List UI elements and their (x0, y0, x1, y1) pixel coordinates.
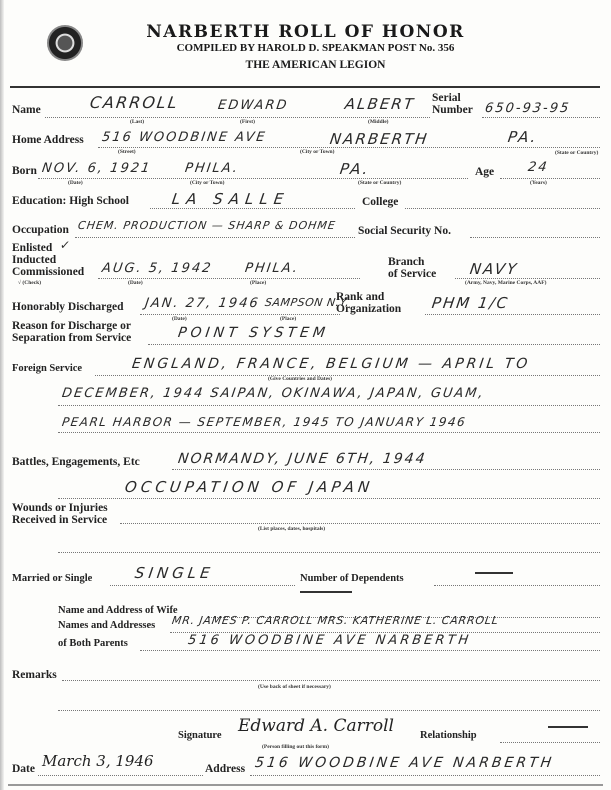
page-edge (0, 0, 4, 790)
discharge-line (140, 314, 340, 315)
foreign-service-value-1[interactable]: England, France, Belgium — April to (131, 356, 531, 372)
social-security-line (470, 237, 600, 238)
battles-line-1 (172, 469, 600, 470)
commissioned-label: Commissioned (12, 266, 84, 278)
high-school-value[interactable]: La Salle (171, 190, 291, 208)
foreign-service-line-1 (95, 375, 600, 376)
caption-use-back: (Use back of sheet if necessary) (258, 684, 331, 690)
reason-label: Reason for Discharge orSeparation from S… (12, 320, 131, 344)
age-value[interactable]: 24 (527, 160, 550, 175)
service-place-value[interactable]: Phila. (244, 261, 300, 276)
wounds-line-1 (120, 523, 600, 524)
serial-number-line (482, 117, 600, 118)
street-value[interactable]: 516 Woodbine Ave (101, 130, 268, 145)
parents-label-1: Names and Addresses (58, 620, 155, 631)
caption-state: (State or Country) (555, 150, 598, 156)
date-line (38, 775, 203, 776)
address-value[interactable]: 516 Woodbine Ave Narberth (254, 755, 555, 771)
foreign-service-line-2 (58, 405, 600, 406)
battles-value-1[interactable]: Normandy, June 6th, 1944 (177, 451, 428, 467)
date-value[interactable]: March 3, 1946 (42, 752, 154, 770)
enlisted-label: Enlisted (12, 242, 52, 254)
born-state-value[interactable]: Pa. (339, 160, 371, 178)
branch-value[interactable]: Navy (469, 260, 520, 278)
caption-service-date: (Date) (128, 280, 143, 286)
college-label: College (362, 196, 398, 208)
state-value[interactable]: Pa. (507, 128, 539, 146)
caption-discharge-place: (Place) (280, 316, 296, 322)
service-date-value[interactable]: Aug. 5, 1942 (101, 261, 213, 276)
foreign-service-line-3 (58, 432, 600, 433)
wife-label: Name and Address of Wife (58, 605, 178, 616)
caption-list-places: (List places, dates, hospitals) (258, 526, 325, 532)
married-value[interactable]: Single (134, 564, 215, 582)
wife-dash (300, 591, 352, 593)
address-label: Address (205, 763, 245, 775)
reason-value[interactable]: Point System (177, 325, 330, 341)
age-label: Age (475, 166, 494, 178)
signature-label: Signature (178, 730, 222, 741)
home-address-label: Home Address (12, 134, 84, 146)
name-label: Name (12, 104, 41, 116)
high-school-line (150, 208, 355, 209)
born-date-value[interactable]: Nov. 6, 1921 (41, 161, 152, 176)
wounds-line-2 (58, 552, 600, 553)
battles-line-2 (58, 498, 600, 499)
born-line (38, 178, 468, 179)
married-label: Married or Single (12, 573, 92, 584)
middle-name-value[interactable]: Albert (344, 95, 417, 113)
serial-number-value[interactable]: 650-93-95 (484, 101, 571, 116)
battles-label: Battles, Engagements, Etc (12, 456, 140, 468)
caption-born-state: (State or Country) (358, 180, 401, 186)
caption-give-countries: (Give Countries and Dates) (268, 376, 332, 382)
parents-label-2: of Both Parents (58, 638, 128, 649)
discharge-date-value[interactable]: Jan. 27, 1946 (144, 296, 261, 311)
remarks-label: Remarks (12, 669, 57, 681)
foreign-service-value-2[interactable]: December, 1944 Saipan, Okinawa, Japan, G… (61, 386, 486, 401)
service-entry-line (98, 278, 360, 279)
education-label: Education: High School (12, 195, 129, 207)
caption-person-filling: (Person filling out this form) (262, 744, 329, 750)
caption-first: (First) (240, 119, 255, 125)
foreign-service-value-3[interactable]: Pearl Harbor — September, 1945 to Januar… (61, 415, 467, 429)
married-line (110, 585, 295, 586)
age-line (500, 178, 600, 179)
relationship-value[interactable] (548, 726, 588, 728)
college-line (405, 208, 600, 209)
last-name-value[interactable]: Carroll (89, 93, 180, 112)
caption-city: (City or Town) (300, 149, 334, 155)
social-security-label: Social Security No. (358, 225, 451, 237)
signature-value[interactable]: Edward A. Carroll (238, 716, 394, 736)
compiled-by: COMPILED BY HAROLD D. SPEAKMAN POST No. … (0, 42, 611, 54)
caption-years: (Years) (530, 180, 547, 186)
inducted-label: Inducted (12, 254, 56, 266)
caption-discharge-date: (Date) (172, 316, 187, 322)
bottom-edge (8, 784, 603, 786)
parents-names-value[interactable]: Mr. James P. Carroll Mrs. Katherine L. C… (171, 614, 500, 627)
serial-number-label: SerialNumber (432, 92, 473, 116)
date-label: Date (12, 763, 35, 775)
caption-check: √ (Check) (18, 280, 41, 286)
caption-last: (Last) (130, 119, 144, 125)
battles-value-2[interactable]: Occupation of Japan (124, 478, 375, 496)
relationship-label: Relationship (420, 730, 477, 741)
parents-address-value[interactable]: 516 Woodbine Ave Narberth (187, 633, 472, 648)
rank-label: Rank andOrganization (336, 291, 401, 315)
remarks-line-1 (62, 680, 600, 681)
organization-name: THE AMERICAN LEGION (0, 59, 611, 71)
dependents-value[interactable] (475, 572, 513, 574)
form-title: NARBERTH ROLL OF HONOR (0, 22, 611, 42)
rank-value[interactable]: PhM 1/c (431, 294, 511, 312)
parents-line-2 (140, 650, 600, 651)
city-value[interactable]: Narberth (329, 130, 430, 148)
name-line (45, 117, 430, 118)
header-rule (10, 86, 600, 88)
caption-branch-options: (Army, Navy, Marine Corps, AAF) (465, 280, 546, 286)
foreign-service-label: Foreign Service (12, 363, 82, 374)
dependents-line (434, 585, 600, 586)
reason-line (148, 344, 600, 345)
first-name-value[interactable]: Edward (217, 98, 289, 113)
born-city-value[interactable]: Phila. (184, 161, 240, 176)
wounds-label: Wounds or InjuriesReceived in Service (12, 502, 108, 526)
branch-line (455, 278, 600, 279)
dependents-label: Number of Dependents (300, 573, 404, 584)
honorably-discharged-label: Honorably Discharged (12, 301, 124, 313)
rank-line (425, 314, 600, 315)
occupation-label: Occupation (12, 224, 69, 236)
enlisted-check[interactable]: ✓ (59, 238, 73, 252)
remarks-line-2 (58, 710, 600, 711)
branch-label: Branchof Service (388, 256, 436, 280)
caption-born-date: (Date) (68, 180, 83, 186)
born-label: Born (12, 165, 37, 177)
occupation-value[interactable]: Chem. Production — Sharp & Dohme (77, 219, 337, 232)
relationship-line (500, 742, 600, 743)
caption-middle: (Middle) (368, 119, 388, 125)
caption-born-city: (City or Town) (190, 180, 224, 186)
caption-service-place: (Place) (250, 280, 266, 286)
occupation-line (75, 237, 355, 238)
address-line (250, 775, 600, 776)
caption-street: (Street) (118, 149, 136, 155)
